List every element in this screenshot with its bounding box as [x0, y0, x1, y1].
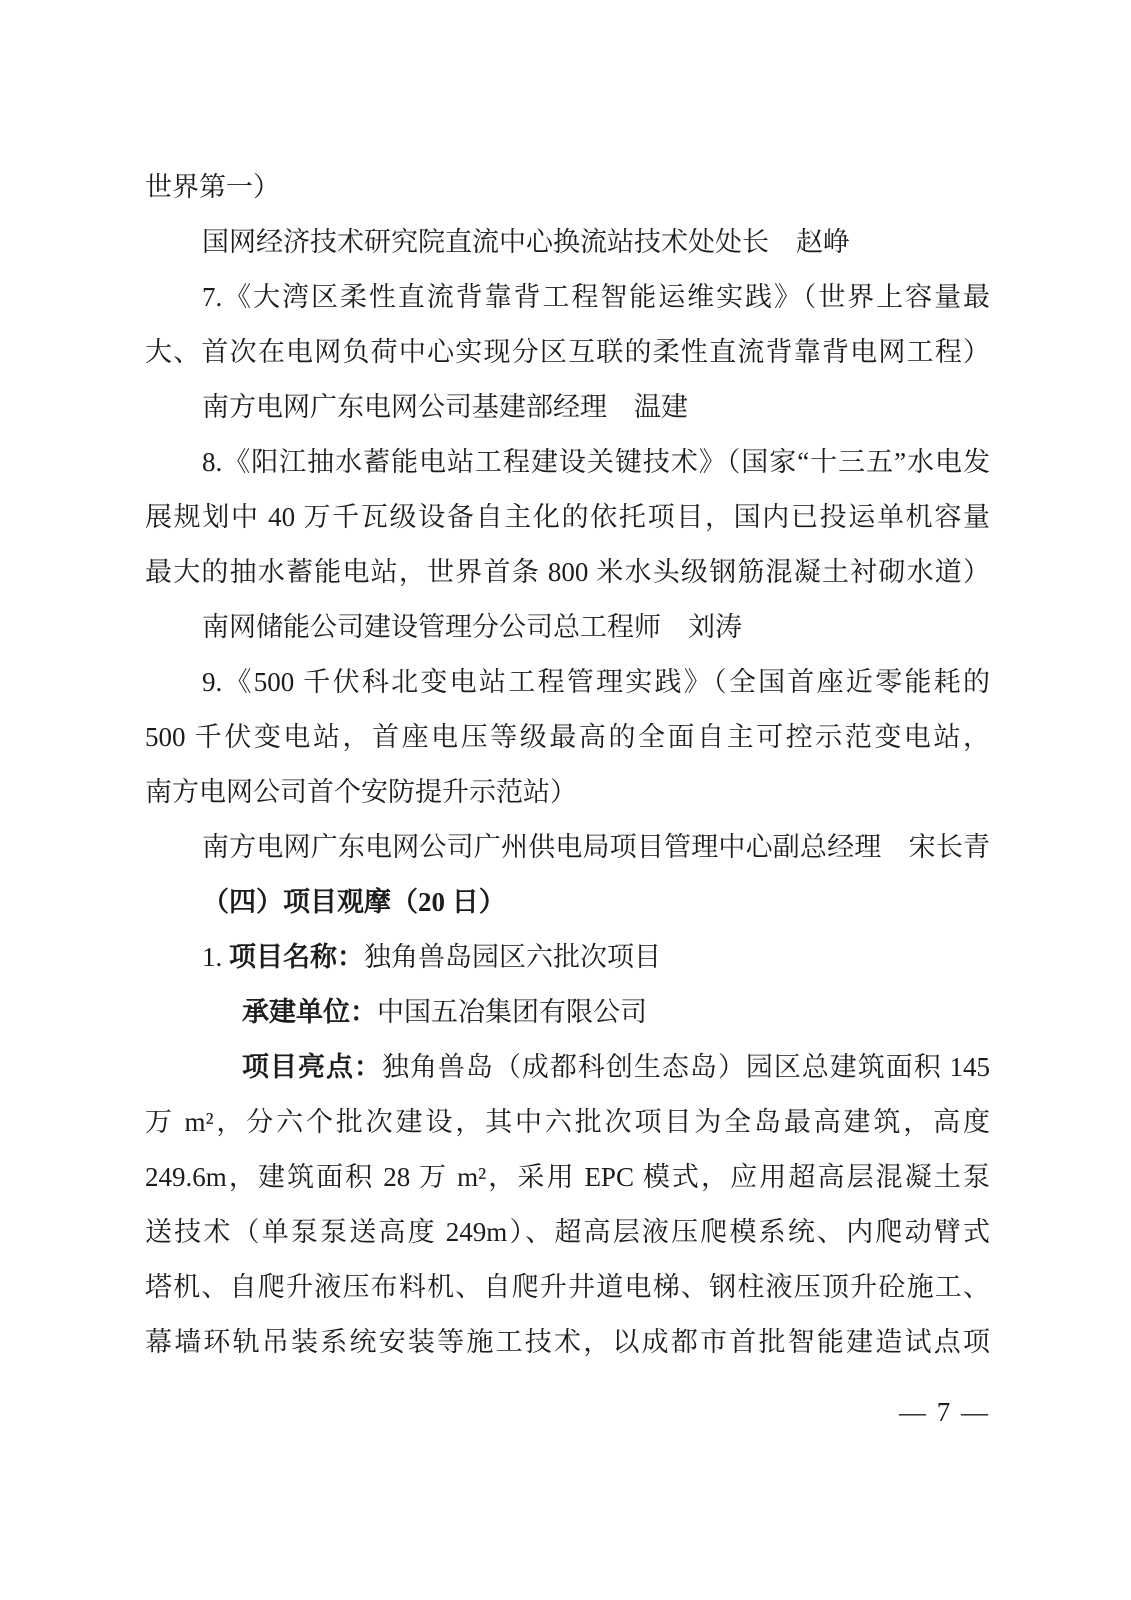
text-line: 南方电网公司首个安防提升示范站）: [145, 765, 990, 820]
text-segment: 万 m²，分六个批次建设，其中六批次项目为全岛最高建筑，高度: [145, 1107, 990, 1137]
text-segment: 中国五冶集团有限公司: [377, 997, 647, 1027]
text-segment: 国网经济技术研究院直流中心换流站技术处处长 赵峥: [202, 227, 850, 257]
text-line: 南方电网广东电网公司广州供电局项目管理中心副总经理 宋长青: [145, 820, 990, 875]
text-line: 7.《大湾区柔性直流背靠背工程智能运维实践》（世界上容量最: [145, 270, 990, 325]
text-line: 承建单位：中国五冶集团有限公司: [145, 985, 990, 1040]
text-line: 249.6m，建筑面积 28 万 m²，采用 EPC 模式，应用超高层混凝土泵: [145, 1150, 990, 1205]
text-line: 塔机、自爬升液压布料机、自爬升井道电梯、钢柱液压顶升砼施工、: [145, 1260, 990, 1315]
text-line: 1. 项目名称：独角兽岛园区六批次项目: [145, 930, 990, 985]
text-segment: 8.《阳江抽水蓄能电站工程建设关键技术》（国家“十三五”水电发: [202, 447, 990, 477]
bold-text-segment: 项目名称：: [229, 942, 364, 972]
text-segment: 独角兽岛（成都科创生态岛）园区总建筑面积 145: [382, 1052, 990, 1082]
text-segment: 1.: [202, 942, 229, 972]
text-segment: 展规划中 40 万千瓦级设备自主化的依托项目，国内已投运单机容量: [145, 502, 990, 532]
text-segment: 送技术（单泵泵送高度 249m）、超高层液压爬模系统、内爬动臂式: [145, 1217, 990, 1247]
text-segment: 南方电网广东电网公司基建部经理 温建: [202, 392, 688, 422]
text-line: 送技术（单泵泵送高度 249m）、超高层液压爬模系统、内爬动臂式: [145, 1205, 990, 1260]
text-line: 幕墙环轨吊装系统安装等施工技术，以成都市首批智能建造试点项: [145, 1315, 990, 1370]
bold-text-segment: 承建单位：: [242, 997, 377, 1027]
page-number: — 7 —: [899, 1392, 990, 1432]
text-line: （四）项目观摩（20 日）: [145, 875, 990, 930]
text-segment: 249.6m，建筑面积 28 万 m²，采用 EPC 模式，应用超高层混凝土泵: [145, 1162, 990, 1192]
text-segment: 大、首次在电网负荷中心实现分区互联的柔性直流背靠背电网工程）: [145, 337, 990, 367]
text-line: 南方电网广东电网公司基建部经理 温建: [145, 380, 990, 435]
text-line: 万 m²，分六个批次建设，其中六批次项目为全岛最高建筑，高度: [145, 1095, 990, 1150]
text-segment: 独角兽岛园区六批次项目: [364, 942, 661, 972]
text-line: 8.《阳江抽水蓄能电站工程建设关键技术》（国家“十三五”水电发: [145, 435, 990, 490]
text-segment: 世界第一）: [145, 172, 280, 202]
text-line: 大、首次在电网负荷中心实现分区互联的柔性直流背靠背电网工程）: [145, 325, 990, 380]
document-page: 世界第一）国网经济技术研究院直流中心换流站技术处处长 赵峥7.《大湾区柔性直流背…: [0, 0, 1131, 1600]
text-line: 国网经济技术研究院直流中心换流站技术处处长 赵峥: [145, 215, 990, 270]
text-segment: 最大的抽水蓄能电站，世界首条 800 米水头级钢筋混凝土衬砌水道）: [145, 557, 990, 587]
text-segment: 南方电网广东电网公司广州供电局项目管理中心副总经理 宋长青: [202, 832, 990, 862]
text-segment: 9.《500 千伏科北变电站工程管理实践》（全国首座近零能耗的: [202, 667, 990, 697]
text-segment: 7.《大湾区柔性直流背靠背工程智能运维实践》（世界上容量最: [202, 282, 990, 312]
text-segment: 500 千伏变电站，首座电压等级最高的全面自主可控示范变电站，: [145, 722, 990, 752]
text-line: 项目亮点：独角兽岛（成都科创生态岛）园区总建筑面积 145: [145, 1040, 990, 1095]
bold-text-segment: （四）项目观摩（20 日）: [202, 887, 506, 917]
text-segment: 南网储能公司建设管理分公司总工程师 刘涛: [202, 612, 742, 642]
text-line: 最大的抽水蓄能电站，世界首条 800 米水头级钢筋混凝土衬砌水道）: [145, 545, 990, 600]
text-line: 500 千伏变电站，首座电压等级最高的全面自主可控示范变电站，: [145, 710, 990, 765]
text-segment: 塔机、自爬升液压布料机、自爬升井道电梯、钢柱液压顶升砼施工、: [145, 1272, 990, 1302]
bold-text-segment: 项目亮点：: [242, 1052, 382, 1082]
text-segment: 幕墙环轨吊装系统安装等施工技术，以成都市首批智能建造试点项: [145, 1327, 990, 1357]
text-line: 世界第一）: [145, 160, 990, 215]
text-segment: 南方电网公司首个安防提升示范站）: [145, 777, 577, 807]
text-line: 9.《500 千伏科北变电站工程管理实践》（全国首座近零能耗的: [145, 655, 990, 710]
text-line: 南网储能公司建设管理分公司总工程师 刘涛: [145, 600, 990, 655]
text-line: 展规划中 40 万千瓦级设备自主化的依托项目，国内已投运单机容量: [145, 490, 990, 545]
document-body: 世界第一）国网经济技术研究院直流中心换流站技术处处长 赵峥7.《大湾区柔性直流背…: [145, 160, 990, 1370]
